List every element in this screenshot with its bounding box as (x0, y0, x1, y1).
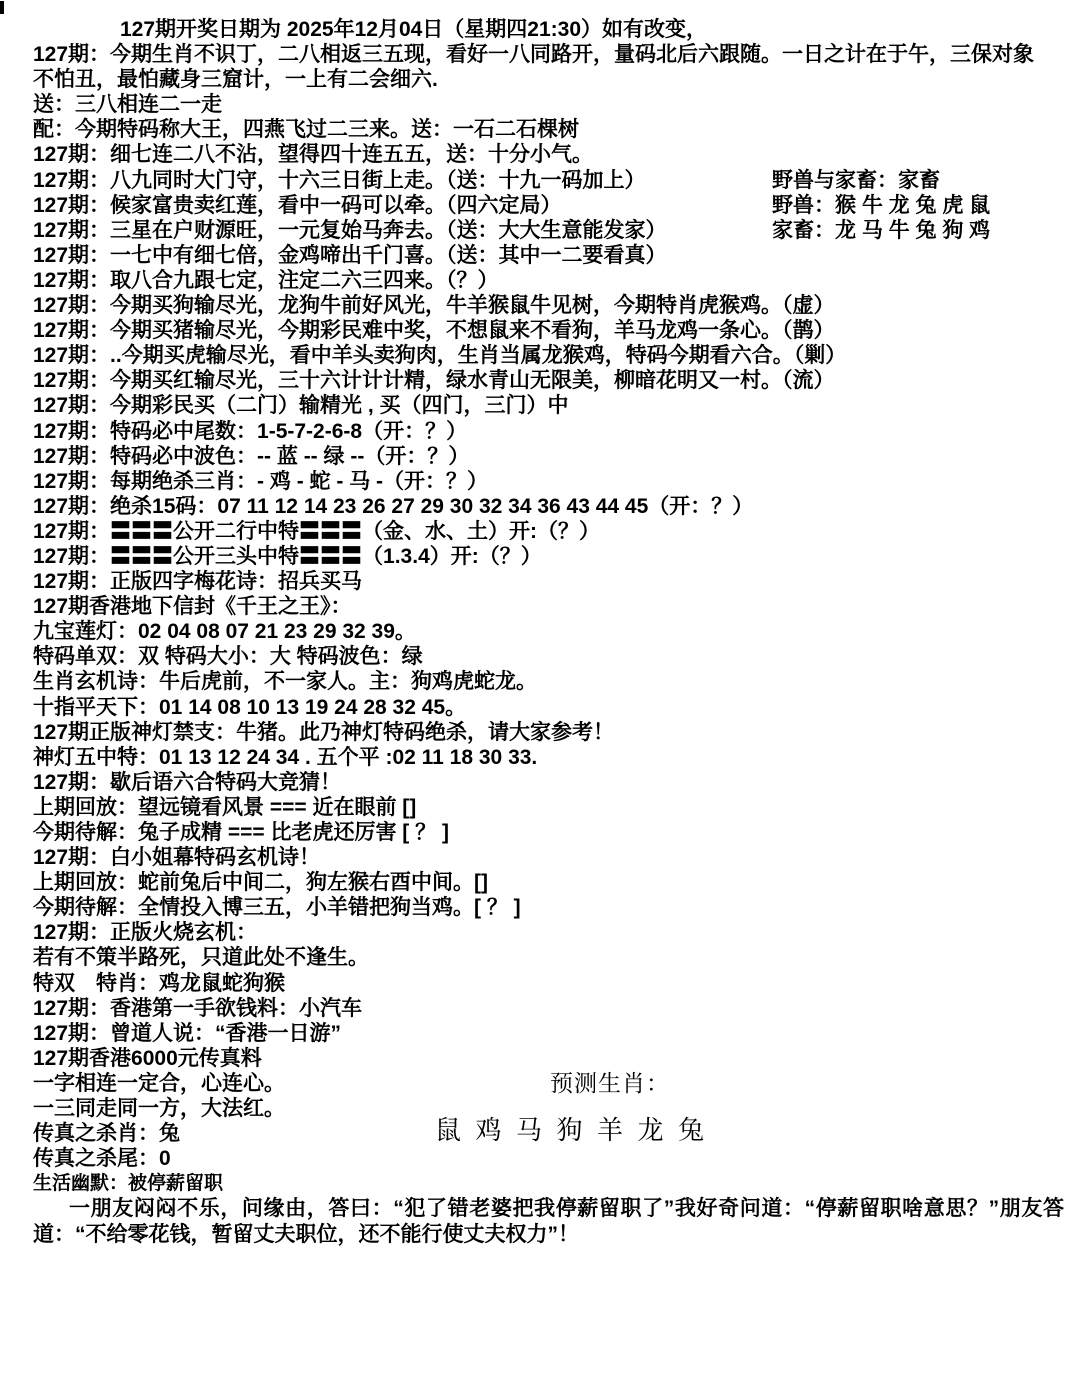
text-line: 127期：..今期买虎输尽光，看中羊头卖狗肉，生肖当属龙猴鸡，特码今期看六合。（… (0, 343, 1072, 368)
text-line: 127期：今期买狗输尽光，龙狗牛前好风光，牛羊猴鼠牛见树，今期特肖虎猴鸡。（虚） (0, 293, 1072, 318)
line-text: 127期香港6000元传真料 (33, 1047, 262, 1070)
line-text: 传真之杀尾：0 (33, 1147, 171, 1170)
text-line: 127期：今期彩民买（二门）输精光 , 买（四门，三门）中 (0, 393, 1072, 418)
text-line: 127期：正版火烧玄机： (0, 920, 1072, 945)
right-annotation: 野兽：猴 牛 龙 兔 虎 鼠 (772, 193, 990, 218)
text-line: 送：三八相连二一走 (0, 92, 1072, 117)
line-text: 127期：每期绝杀三肖：- 鸡 - 蛇 - 马 -（开：？） (33, 470, 488, 493)
line-text: 九宝莲灯：02 04 08 07 21 23 29 32 39。 (33, 620, 416, 643)
line-text: 送：三八相连二一走 (33, 93, 222, 116)
line-text: 127期：歇后语六合特码大竞猜！ (33, 771, 341, 794)
line-text: 127期：特码必中尾数：1-5-7-2-6-8（开：？） (33, 420, 467, 443)
lottery-tip-sheet: 127期开奖日期为 2025年12月04日（星期四21:30）如有改变，127期… (0, 17, 1072, 1247)
line-text: 十指平天下：01 14 08 10 13 19 24 28 32 45。 (33, 696, 466, 719)
text-line: 127期开奖日期为 2025年12月04日（星期四21:30）如有改变， (0, 17, 1072, 42)
line-text: 特码单双：双 特码大小：大 特码波色：绿 (33, 645, 423, 668)
text-line: 127期：白小姐幕特码玄机诗！ (0, 845, 1072, 870)
line-text: 127期：一七中有细七倍，金鸡啼出千门喜。（送：其中一二要看真） (33, 244, 667, 267)
line-text: 127期：取八合九跟七定，注定二六三四来。（？） (33, 269, 499, 292)
text-line: 127期：歇后语六合特码大竞猜！ (0, 770, 1072, 795)
line-text: 127期：..今期买虎输尽光，看中羊头卖狗肉，生肖当属龙猴鸡，特码今期看六合。（… (33, 344, 846, 367)
line-text: 127期开奖日期为 2025年12月04日（星期四21:30）如有改变， (120, 18, 707, 41)
text-line: 127期：正版四字梅花诗：招兵买马 (0, 569, 1072, 594)
text-line: 若有不策半路死，只道此处不逢生。 (0, 945, 1072, 970)
line-text: 神灯五中特：01 13 12 24 34 . 五个平 :02 11 18 30 … (33, 746, 537, 769)
predicted-zodiac-list: 鼠 鸡 马 狗 羊 龙 兔 (435, 1118, 708, 1143)
line-text: 127期：今期买猪输尽光，今期彩民难中奖，不想鼠来不看狗，羊马龙鸡一条心。（鹊） (33, 319, 835, 342)
text-line: 127期：特码必中波色：-- 蓝 -- 绿 --（开：？） (0, 444, 1072, 469)
text-line: 127期：特码必中尾数：1-5-7-2-6-8（开：？） (0, 419, 1072, 444)
line-text: 127期：今期彩民买（二门）输精光 , 买（四门，三门）中 (33, 394, 569, 417)
line-text: 127期：今期买狗输尽光，龙狗牛前好风光，牛羊猴鼠牛见树，今期特肖虎猴鸡。（虚） (33, 294, 835, 317)
line-text: 不怕丑，最怕藏身三窟计，一上有二会细六. (33, 68, 438, 91)
line-text: 生肖玄机诗：牛后虎前，不一家人。主：狗鸡虎蛇龙。 (33, 670, 537, 693)
line-text: 127期：绝杀15码：07 11 12 14 23 26 27 29 30 32… (33, 495, 753, 518)
text-line: 十指平天下：01 14 08 10 13 19 24 28 32 45。 (0, 695, 1072, 720)
text-line: 127期：三星在户财源旺，一元复始马奔去。（送：大大生意能发家）家畜：龙 马 牛… (0, 218, 1072, 243)
text-line: 神灯五中特：01 13 12 24 34 . 五个平 :02 11 18 30 … (0, 745, 1072, 770)
predicted-zodiac-label: 预测生肖： (550, 1071, 670, 1096)
text-line: 上期回放：蛇前兔后中间二，狗左猴右酉中间。[] (0, 870, 1072, 895)
text-line: 127期：香港第一手欲钱料：小汽车 (0, 996, 1072, 1021)
line-text: 特双 特肖：鸡龙鼠蛇狗猴 (33, 972, 285, 995)
text-line: 127期：细七连二八不沾，望得四十连五五，送：十分小气。 (0, 142, 1072, 167)
line-text: 127期：细七连二八不沾，望得四十连五五，送：十分小气。 (33, 143, 593, 166)
line-text: 127期：香港第一手欲钱料：小汽车 (33, 997, 362, 1020)
line-text: 127期：白小姐幕特码玄机诗！ (33, 846, 320, 869)
text-line: 127期：候家富贵卖红莲，看中一码可以牵。（四六定局）野兽：猴 牛 龙 兔 虎 … (0, 193, 1072, 218)
line-text: 127期：候家富贵卖红莲，看中一码可以牵。（四六定局） (33, 194, 562, 217)
text-line: 127期：〓〓〓公开二行中特〓〓〓（金、水、土）开:（？） (0, 519, 1072, 544)
line-text: 127期：三星在户财源旺，一元复始马奔去。（送：大大生意能发家） (33, 219, 667, 242)
text-line: 127期香港地下信封《千王之王》： (0, 594, 1072, 619)
text-line: 127期：八九同时大门守，十六三日街上走。（送：十九一码加上）野兽与家畜：家畜 (0, 168, 1072, 193)
line-text: 上期回放：蛇前兔后中间二，狗左猴右酉中间。[] (33, 871, 488, 894)
text-line: 一字相连一定合，心连心。预测生肖： (0, 1071, 1072, 1096)
text-line: 127期：绝杀15码：07 11 12 14 23 26 27 29 30 32… (0, 494, 1072, 519)
line-text: 传真之杀肖：兔 (33, 1122, 180, 1145)
text-line: 127期正版神灯禁支：牛猪。此乃神灯特码绝杀，请大家参考！ (0, 720, 1072, 745)
line-text: 今期待解：全情投入博三五，小羊错把狗当鸡。[ ？ ] (33, 896, 521, 919)
text-line: 特双 特肖：鸡龙鼠蛇狗猴 (0, 971, 1072, 996)
line-text: 127期：曾道人说：“香港一日游” (33, 1022, 341, 1045)
right-annotation: 野兽与家畜：家畜 (772, 168, 940, 193)
line-text: 一三同走同一方，大法红。 (33, 1097, 285, 1120)
line-text: 127期：正版火烧玄机： (33, 921, 257, 944)
line-text: 127期：今期买红输尽光，三十六计计计精，绿水青山无限美，柳暗花明又一村。（流） (33, 369, 835, 392)
text-line: 127期：今期生肖不识丁，二八相返三五现，看好一八同路开，量码北后六跟随。一日之… (0, 42, 1072, 67)
text-line: 今期待解：兔子成精 === 比老虎还厉害 [ ？ ] (0, 820, 1072, 845)
text-line: 传真之杀尾：0 (0, 1146, 1072, 1171)
text-line: 127期：今期买猪输尽光，今期彩民难中奖，不想鼠来不看狗，羊马龙鸡一条心。（鹊） (0, 318, 1072, 343)
line-text: 配：今期特码称大王，四燕飞过二三来。送：一石二石棵树 (33, 118, 579, 141)
text-line: 127期：曾道人说：“香港一日游” (0, 1021, 1072, 1046)
right-annotation: 家畜：龙 马 牛 兔 狗 鸡 (772, 218, 990, 243)
text-line: 127期：〓〓〓公开三头中特〓〓〓（1.3.4）开:（？） (0, 544, 1072, 569)
line-text: 127期：今期生肖不识丁，二八相返三五现，看好一八同路开，量码北后六跟随。一日之… (33, 43, 1034, 66)
text-line: 配：今期特码称大王，四燕飞过二三来。送：一石二石棵树 (0, 117, 1072, 142)
text-line: 127期：今期买红输尽光，三十六计计计精，绿水青山无限美，柳暗花明又一村。（流） (0, 368, 1072, 393)
text-line: 九宝莲灯：02 04 08 07 21 23 29 32 39。 (0, 619, 1072, 644)
line-text: 一字相连一定合，心连心。 (33, 1072, 285, 1095)
humor-paragraph: 一朋友闷闷不乐，问缘由，答曰：“犯了错老婆把我停薪留职了”我好奇问道：“停薪留职… (0, 1196, 1072, 1246)
text-line: 127期：每期绝杀三肖：- 鸡 - 蛇 - 马 -（开：？） (0, 469, 1072, 494)
line-text: 127期香港地下信封《千王之王》： (33, 595, 352, 618)
line-text: 上期回放：望远镜看风景 === 近在眼前 [] (33, 796, 416, 819)
scan-artifact-mark (0, 1, 4, 14)
text-line: 127期香港6000元传真料 (0, 1046, 1072, 1071)
line-text: 127期：〓〓〓公开三头中特〓〓〓（1.3.4）开:（？） (33, 545, 542, 568)
text-line: 传真之杀肖：兔鼠 鸡 马 狗 羊 龙 兔 (0, 1121, 1072, 1146)
line-text: 生活幽默：被停薪留职 (33, 1173, 223, 1194)
line-text: 127期：八九同时大门守，十六三日街上走。（送：十九一码加上） (33, 169, 646, 192)
text-line: 生活幽默：被停薪留职 (0, 1171, 1072, 1196)
line-text: 今期待解：兔子成精 === 比老虎还厉害 [ ？ ] (33, 821, 449, 844)
text-line: 127期：一七中有细七倍，金鸡啼出千门喜。（送：其中一二要看真） (0, 243, 1072, 268)
text-line: 今期待解：全情投入博三五，小羊错把狗当鸡。[ ？ ] (0, 895, 1072, 920)
text-line: 127期：取八合九跟七定，注定二六三四来。（？） (0, 268, 1072, 293)
line-text: 若有不策半路死，只道此处不逢生。 (33, 946, 369, 969)
line-text: 127期：正版四字梅花诗：招兵买马 (33, 570, 362, 593)
line-text: 127期：〓〓〓公开二行中特〓〓〓（金、水、土）开:（？） (33, 520, 600, 543)
text-line: 上期回放：望远镜看风景 === 近在眼前 [] (0, 795, 1072, 820)
text-line: 特码单双：双 特码大小：大 特码波色：绿 (0, 644, 1072, 669)
line-text: 127期正版神灯禁支：牛猪。此乃神灯特码绝杀，请大家参考！ (33, 721, 614, 744)
text-line: 不怕丑，最怕藏身三窟计，一上有二会细六. (0, 67, 1072, 92)
line-text: 127期：特码必中波色：-- 蓝 -- 绿 --（开：？） (33, 445, 469, 468)
text-line: 生肖玄机诗：牛后虎前，不一家人。主：狗鸡虎蛇龙。 (0, 669, 1072, 694)
